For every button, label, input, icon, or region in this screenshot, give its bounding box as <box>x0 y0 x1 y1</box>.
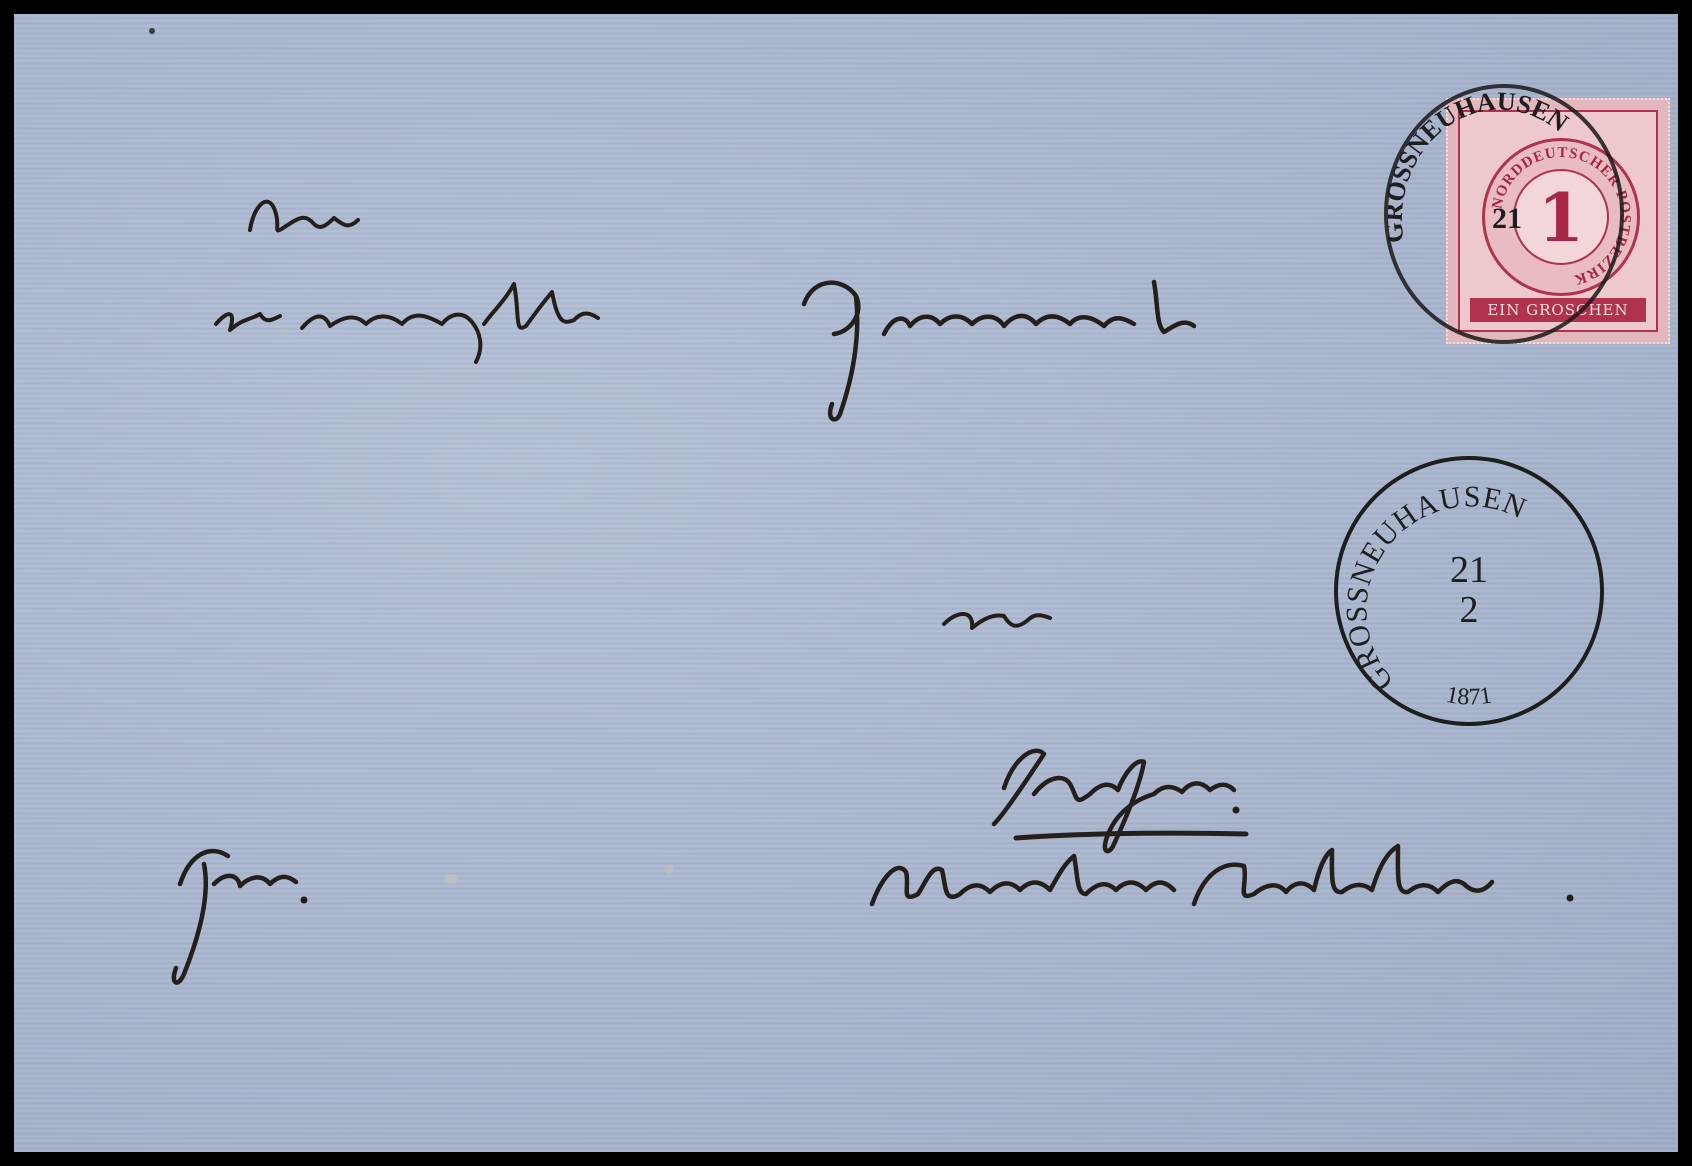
svg-text:1871: 1871 <box>1444 682 1494 711</box>
envelope: An das evangelische Pfarramt zu Kühla. W… <box>14 14 1678 1152</box>
postmark-day: 21 <box>1338 548 1600 592</box>
cover-photo-frame: An das evangelische Pfarramt zu Kühla. W… <box>0 0 1692 1166</box>
svg-text:GROSSNEUHAUSEN: GROSSNEUHAUSEN <box>1388 88 1574 244</box>
svg-text:21: 21 <box>1492 202 1522 235</box>
postmark-on-stamp: GROSSNEUHAUSEN 21 <box>1384 84 1624 344</box>
postmark-month: 2 <box>1338 588 1600 632</box>
postmark-on-cover: GROSSNEUHAUSEN 1871 21 2 <box>1334 456 1604 726</box>
